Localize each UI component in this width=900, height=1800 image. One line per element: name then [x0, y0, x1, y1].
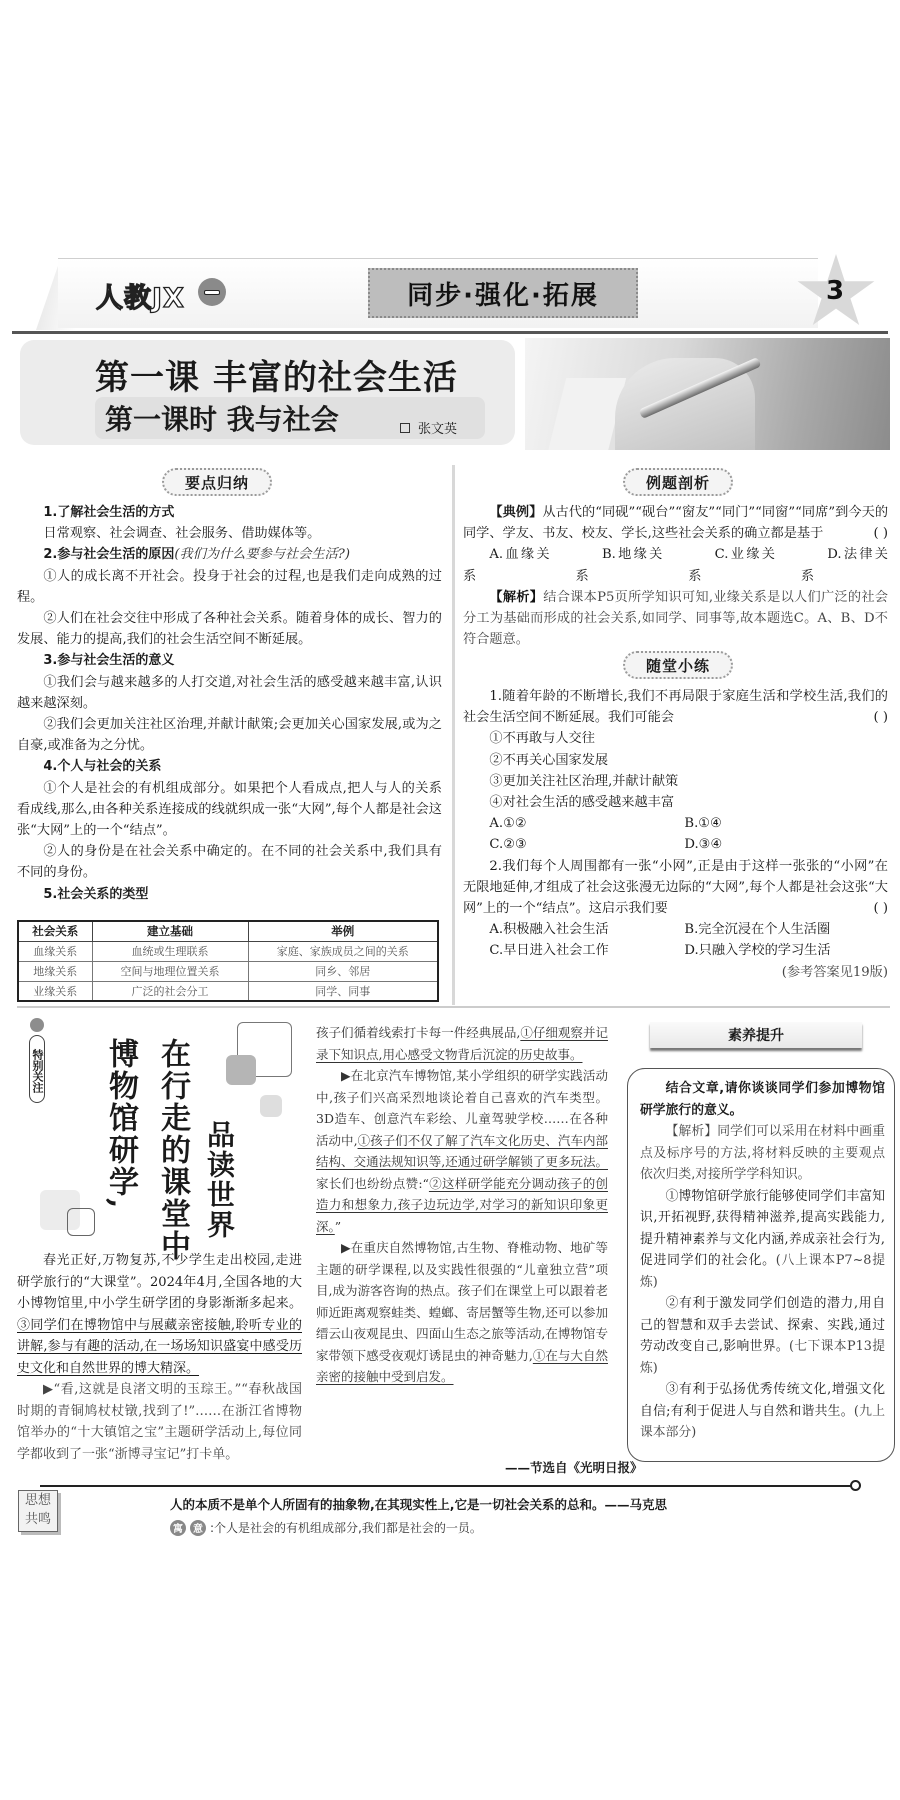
table-header: 社会关系	[18, 921, 92, 941]
edition-grade-badge	[198, 278, 226, 306]
author-byline: 张文英	[400, 418, 457, 437]
answer-blank: ( )	[847, 898, 888, 919]
page-number: 3	[826, 276, 844, 306]
series-banner: 同步·强化·拓展	[368, 268, 638, 318]
summary-heading-1: 1.了解社会生活的方式	[43, 505, 174, 520]
summary-heading-4: 4.个人与社会的关系	[43, 759, 161, 774]
practice-question-2: 2.我们每个人周围都有一张“小网”,正是由于这样一张张的“小网”在无限地延伸,才…	[463, 859, 888, 916]
lesson-title: 第一课 丰富的社会生活	[95, 350, 458, 399]
practice-section: 1.随着年龄的不断增长,我们不再局限于家庭生活和学校生活,我们的社会生活空间不断…	[463, 686, 888, 983]
summary-section: 1.了解社会生活的方式 日常观察、社会调查、社会服务、借助媒体等。 2.参与社会…	[17, 502, 442, 905]
writing-hand-photo	[525, 338, 890, 450]
table-cell: 地缘关系	[18, 961, 92, 981]
decorative-square	[226, 1055, 256, 1085]
option: C.早日进入社会工作	[463, 940, 658, 961]
statement-item: ①不再敢与人交往	[463, 728, 888, 749]
section-divider	[17, 1006, 890, 1008]
decorative-square	[67, 1208, 95, 1236]
thought-resonance-tag: 思想 共鸣	[18, 1490, 58, 1532]
table-cell: 广泛的社会分工	[92, 981, 248, 1001]
tag-line: 思想	[19, 1491, 57, 1510]
literacy-question: 结合文章,请你谈谈同学们参加博物馆研学旅行的意义。	[640, 1078, 885, 1121]
summary-text-3-2: ②我们会更加关注社区治理,并献计献策;会更加关心国家发展,或为之自豪,或准备为之…	[17, 714, 442, 756]
practice-question-1: 1.随着年龄的不断增长,我们不再局限于家庭生活和学校生活,我们的社会生活空间不断…	[463, 689, 888, 725]
option: D.法律关系	[801, 544, 888, 586]
edition-label: 人教JX	[96, 276, 185, 315]
quote-divider	[40, 1485, 852, 1487]
statement-item: ④对社会生活的感受越来越丰富	[463, 792, 888, 813]
quote-meaning: 寓 意 :个人是社会的有机组成部分,我们都是社会的一员。	[170, 1519, 482, 1536]
circle-end-icon	[850, 1480, 861, 1491]
feature-title-line-1: 博物馆研学,	[98, 1038, 142, 1210]
statement-item: ②不再关心国家发展	[463, 750, 888, 771]
literacy-point: ③有利于弘扬优秀传统文化,增强文化自信;有利于促进人与自然和谐共生。	[640, 1382, 885, 1419]
table-header: 举例	[248, 921, 438, 941]
option: C.②③	[463, 834, 658, 855]
tag-line: 共鸣	[19, 1510, 57, 1529]
literacy-section: 结合文章,请你谈谈同学们参加博物馆研学旅行的意义。 【解析】同学们可以采用在材料…	[640, 1078, 885, 1444]
article-middle-column: 孩子们循着线索打卡每一件经典展品,①仔细观察并记录下知识点,用心感受文物背后沉淀…	[316, 1022, 608, 1388]
table-row: 业缘关系 广泛的社会分工 同学、同事	[18, 981, 438, 1001]
masthead: 人教JX 同步·强化·拓展 3	[18, 258, 884, 336]
example-heading: 例题剖析	[623, 468, 733, 496]
table-row: 血缘关系 血统或生理联系 家庭、家族成员之间的关系	[18, 941, 438, 961]
table-cell: 血缘关系	[18, 941, 92, 961]
article-left-column: 春光正好,万物复苏,不少学生走出校园,走进研学旅行的“大课堂”。2024年4月,…	[17, 1250, 302, 1465]
summary-heading-3: 3.参与社会生活的意义	[43, 653, 174, 668]
paper-shape	[544, 378, 626, 450]
meaning-badge: 意	[190, 1520, 206, 1536]
option: C.业缘关系	[688, 544, 775, 586]
meaning-text: :个人是社会的有机组成部分,我们都是社会的一员。	[210, 1519, 482, 1536]
decorative-square	[260, 1095, 282, 1117]
summary-text-4-2: ②人的身份是在社会关系中确定的。在不同的社会关系中,我们具有不同的身份。	[17, 841, 442, 883]
option: B.地缘关系	[576, 544, 663, 586]
option: B.完全沉浸在个人生活圈	[658, 919, 830, 940]
author-name: 张文英	[418, 418, 457, 437]
dash-icon	[204, 290, 220, 295]
table-cell: 空间与地理位置关系	[92, 961, 248, 981]
table-cell: 同学、同事	[248, 981, 438, 1001]
summary-heading-2-note: (我们为什么要参与社会生活?)	[174, 547, 350, 562]
article-source: ——节选自《光明日报》	[505, 1458, 643, 1476]
feature-title-line-2: 在行走的课堂中	[150, 1038, 194, 1262]
table-cell: 业缘关系	[18, 981, 92, 1001]
special-focus-tag: 特别关注	[29, 1035, 45, 1103]
article-highlight: ①孩子们不仅了解了汽车文化历史、汽车内部结构、交通法规知识等,还通过研学解锁了更…	[316, 1133, 608, 1170]
table-header-row: 社会关系 建立基础 举例	[18, 921, 438, 941]
social-relations-table: 社会关系 建立基础 举例 血缘关系 血统或生理联系 家庭、家族成员之间的关系 地…	[17, 920, 439, 1002]
table-cell: 血统或生理联系	[92, 941, 248, 961]
option: A.①②	[463, 813, 658, 834]
article-text: 孩子们循着线索打卡每一件经典展品,	[316, 1025, 520, 1040]
summary-heading: 要点归纳	[162, 468, 272, 496]
article-text: 春光正好,万物复苏,不少学生走出校园,走进研学旅行的“大课堂”。2024年4月,…	[17, 1253, 302, 1311]
literacy-heading: 素养提升	[650, 1022, 862, 1048]
circle-bullet-icon	[30, 1018, 44, 1032]
article-text: ▶“看,这就是良渚文明的玉琮王。”“春秋战国时期的青铜鸠杖杖镦,找到了!”……在…	[17, 1379, 302, 1465]
table-cell: 家庭、家族成员之间的关系	[248, 941, 438, 961]
summary-text-2-1: ①人的成长离不开社会。投身于社会的过程,也是我们走向成熟的过程。	[17, 566, 442, 608]
summary-text-4-1: ①个人是社会的有机组成部分。如果把个人看成点,把人与人的关系看成线,那么,由各种…	[17, 778, 442, 842]
article-highlight: ③同学们在博物馆中与展藏亲密接触,聆听专业的讲解,参与有趣的活动,在一场场知识盛…	[17, 1318, 302, 1376]
summary-text-2-2: ②人们在社会交往中形成了各种社会关系。随着身体的成长、智力的发展、能力的提高,我…	[17, 608, 442, 650]
example-section: 【典例】从古代的“同砚”“砚台”“窗友”“同门”“同窗”“同席”到今天的同学、学…	[463, 502, 888, 650]
article-text: ”	[335, 1219, 341, 1234]
summary-heading-2: 2.参与社会生活的原因	[43, 547, 174, 562]
statement-item: ③更加关注社区治理,并献计献策	[463, 771, 888, 792]
analysis-label: 【解析】	[666, 1124, 718, 1139]
square-icon	[400, 423, 410, 433]
lesson-subtitle: 第一课时 我与社会	[105, 398, 339, 438]
article-text: 家长们也纷纷点赞:“	[316, 1176, 429, 1191]
analysis-label: 【解析】	[489, 590, 543, 605]
practice-heading: 随堂小练	[623, 651, 733, 679]
table-cell: 同乡、邻居	[248, 961, 438, 981]
answer-reference: (参考答案见19版)	[463, 962, 888, 983]
option: A.血缘关系	[463, 544, 550, 586]
feature-title-line-3: 品读世界	[199, 1120, 239, 1240]
summary-text-3-1: ①我们会与越来越多的人打交道,对社会生活的感受越来越丰富,认识越来越深刻。	[17, 672, 442, 714]
summary-text-1: 日常观察、社会调查、社会服务、借助媒体等。	[17, 523, 442, 544]
summary-heading-5: 5.社会关系的类型	[43, 887, 148, 902]
table-row: 地缘关系 空间与地理位置关系 同乡、邻居	[18, 961, 438, 981]
example-label: 【典例】	[489, 505, 542, 520]
marx-quote: 人的本质不是单个人所固有的抽象物,在其现实性上,它是一切社会关系的总和。——马克…	[170, 1495, 667, 1513]
masthead-divider	[12, 331, 888, 334]
table-header: 建立基础	[92, 921, 248, 941]
column-divider	[452, 465, 455, 1005]
option: D.③④	[658, 834, 722, 855]
option: D.只融入学校的学习生活	[658, 940, 831, 961]
article-text: ▶在重庆自然博物馆,古生物、脊椎动物、地矿等主题的研学课程,以及实践性很强的“儿…	[316, 1240, 608, 1363]
option: A.积极融入社会生活	[463, 919, 658, 940]
option: B.①④	[658, 813, 722, 834]
answer-blank: ( )	[847, 707, 888, 728]
meaning-badge: 寓	[170, 1520, 186, 1536]
answer-blank: ( )	[847, 523, 888, 544]
